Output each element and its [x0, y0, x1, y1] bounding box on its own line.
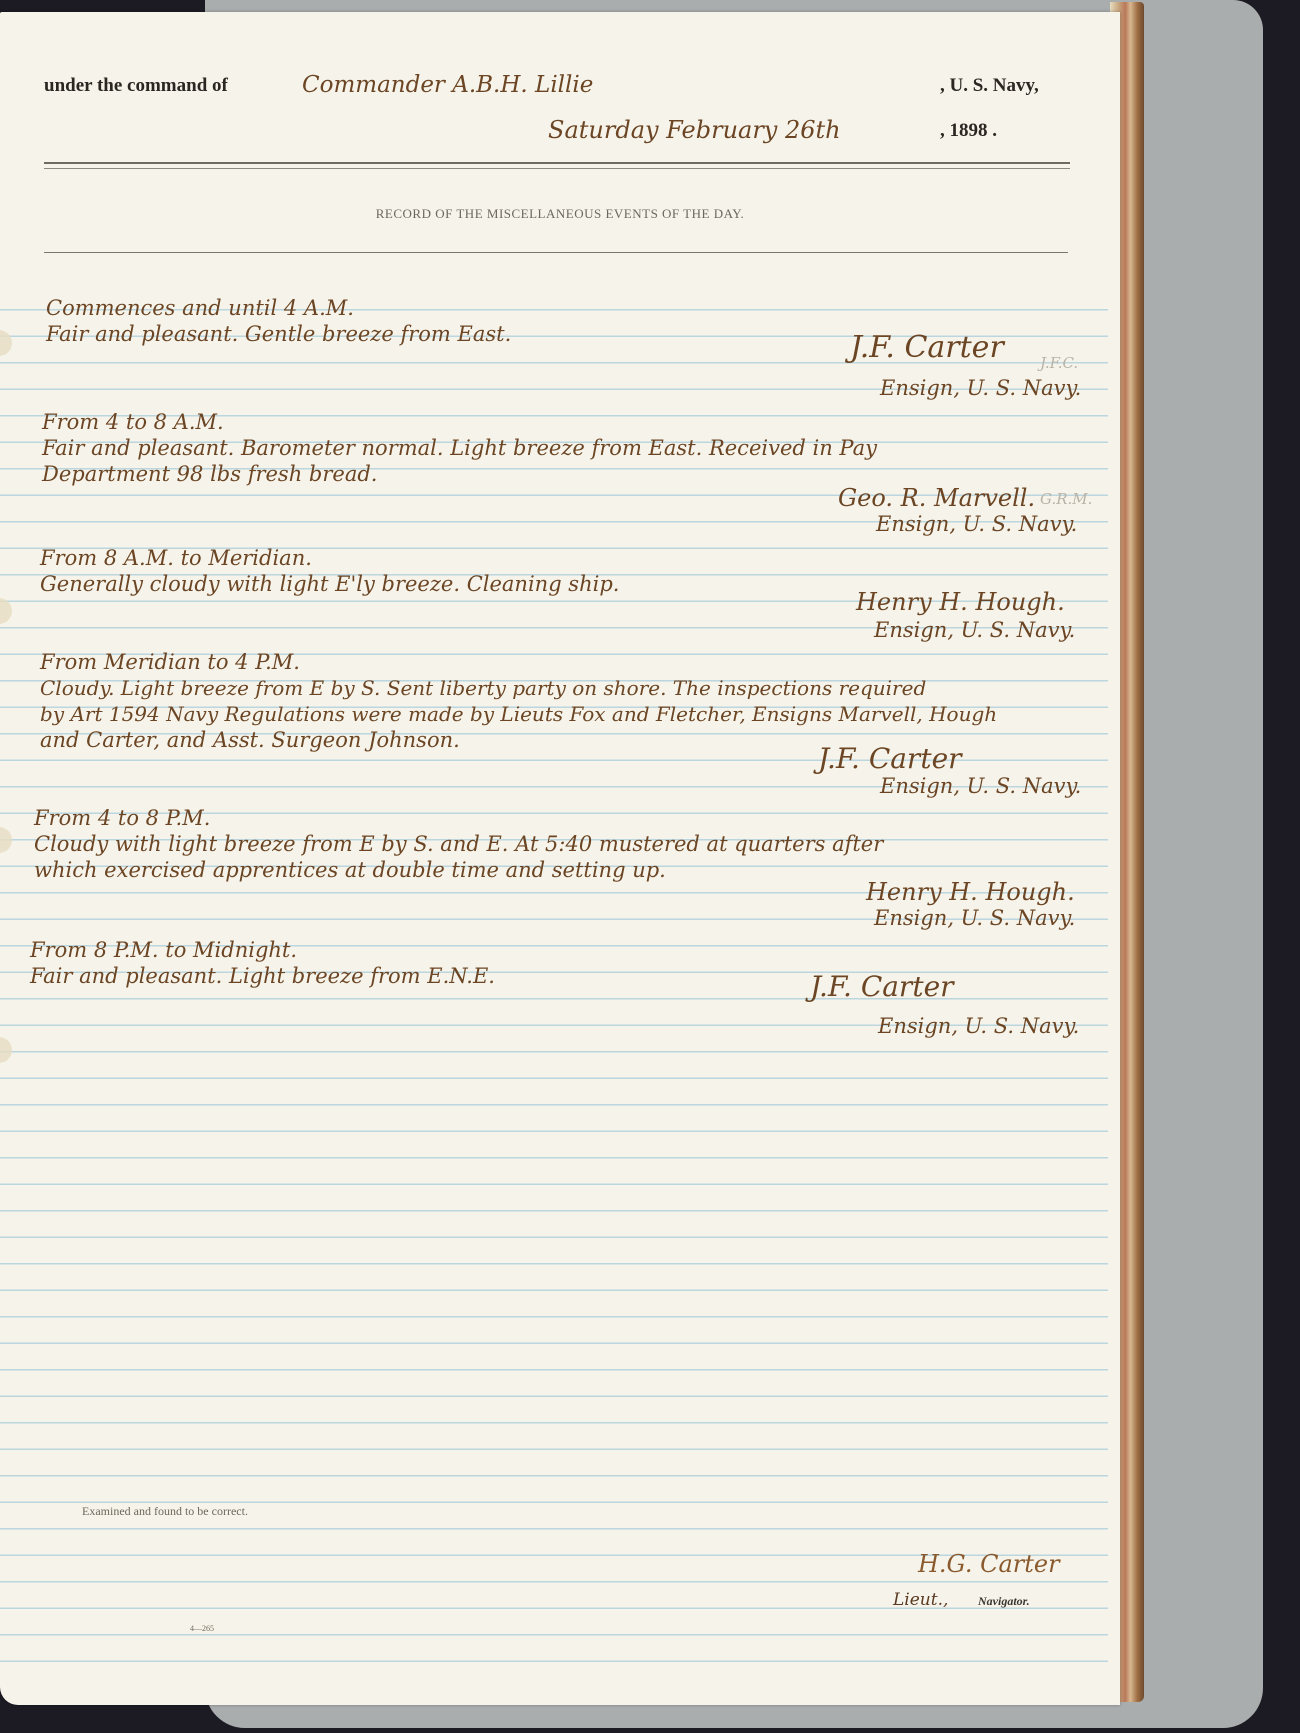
- entry-line: Department 98 lbs fresh bread.: [42, 462, 377, 486]
- entry-line: Generally cloudy with light E'ly breeze.…: [40, 572, 619, 596]
- entry-line: Fair and pleasant. Light breeze from E.N…: [30, 964, 495, 988]
- entry-line: Fair and pleasant. Barometer normal. Lig…: [42, 436, 877, 460]
- entry-line: Cloudy. Light breeze from E by S. Sent l…: [40, 676, 926, 700]
- navigator-label: Navigator.: [978, 1594, 1030, 1609]
- navigator-lieut: Lieut.,: [893, 1590, 948, 1610]
- watch-heading: From 4 to 8 P.M.: [34, 806, 210, 830]
- section-divider: [44, 252, 1068, 253]
- officer-rank: Ensign, U. S. Navy.: [876, 512, 1077, 536]
- navigator-signature: H.G. Carter: [918, 1550, 1060, 1578]
- officer-rank: Ensign, U. S. Navy.: [880, 774, 1081, 798]
- officer-initials: J.F.C.: [1040, 354, 1078, 372]
- entry-line: Fair and pleasant. Gentle breeze from Ea…: [46, 322, 511, 346]
- commander-name: Commander A.B.H. Lillie: [302, 72, 593, 98]
- section-title: RECORD OF THE MISCELLANEOUS EVENTS OF TH…: [0, 206, 1120, 222]
- watch-officer-signature: J.F. Carter: [850, 330, 1004, 365]
- command-label: under the command of: [44, 75, 228, 97]
- officer-initials: G.R.M.: [1040, 490, 1092, 508]
- watch-officer-signature: J.F. Carter: [810, 970, 954, 1003]
- watch-heading: From Meridian to 4 P.M.: [40, 650, 300, 674]
- watch-heading: From 8 P.M. to Midnight.: [30, 938, 297, 962]
- service-label: , U. S. Navy,: [940, 75, 1039, 97]
- officer-rank: Ensign, U. S. Navy.: [874, 618, 1075, 642]
- watch-heading: From 8 A.M. to Meridian.: [40, 546, 312, 570]
- watch-officer-signature: Geo. R. Marvell.: [838, 484, 1035, 512]
- watch-officer-signature: J.F. Carter: [818, 742, 962, 775]
- log-year: , 1898 .: [940, 120, 997, 142]
- entry-line: and Carter, and Asst. Surgeon Johnson.: [40, 728, 460, 752]
- watch-officer-signature: Henry H. Hough.: [856, 588, 1065, 616]
- logbook-page: under the command of Commander A.B.H. Li…: [0, 12, 1120, 1705]
- officer-rank: Ensign, U. S. Navy.: [874, 906, 1075, 930]
- header-divider: [44, 162, 1070, 169]
- entry-line: which exercised apprentices at double ti…: [34, 858, 666, 882]
- examined-note: Examined and found to be correct.: [82, 1504, 248, 1519]
- watch-officer-signature: Henry H. Hough.: [866, 878, 1075, 906]
- watch-heading: Commences and until 4 A.M.: [46, 296, 354, 320]
- officer-rank: Ensign, U. S. Navy.: [878, 1014, 1079, 1038]
- log-date: Saturday February 26th: [548, 116, 841, 144]
- entry-line: by Art 1594 Navy Regulations were made b…: [40, 702, 997, 726]
- watch-heading: From 4 to 8 A.M.: [42, 410, 224, 434]
- entry-line: Cloudy with light breeze from E by S. an…: [34, 832, 883, 856]
- officer-rank: Ensign, U. S. Navy.: [880, 376, 1081, 400]
- form-number: 4—265: [190, 1624, 214, 1633]
